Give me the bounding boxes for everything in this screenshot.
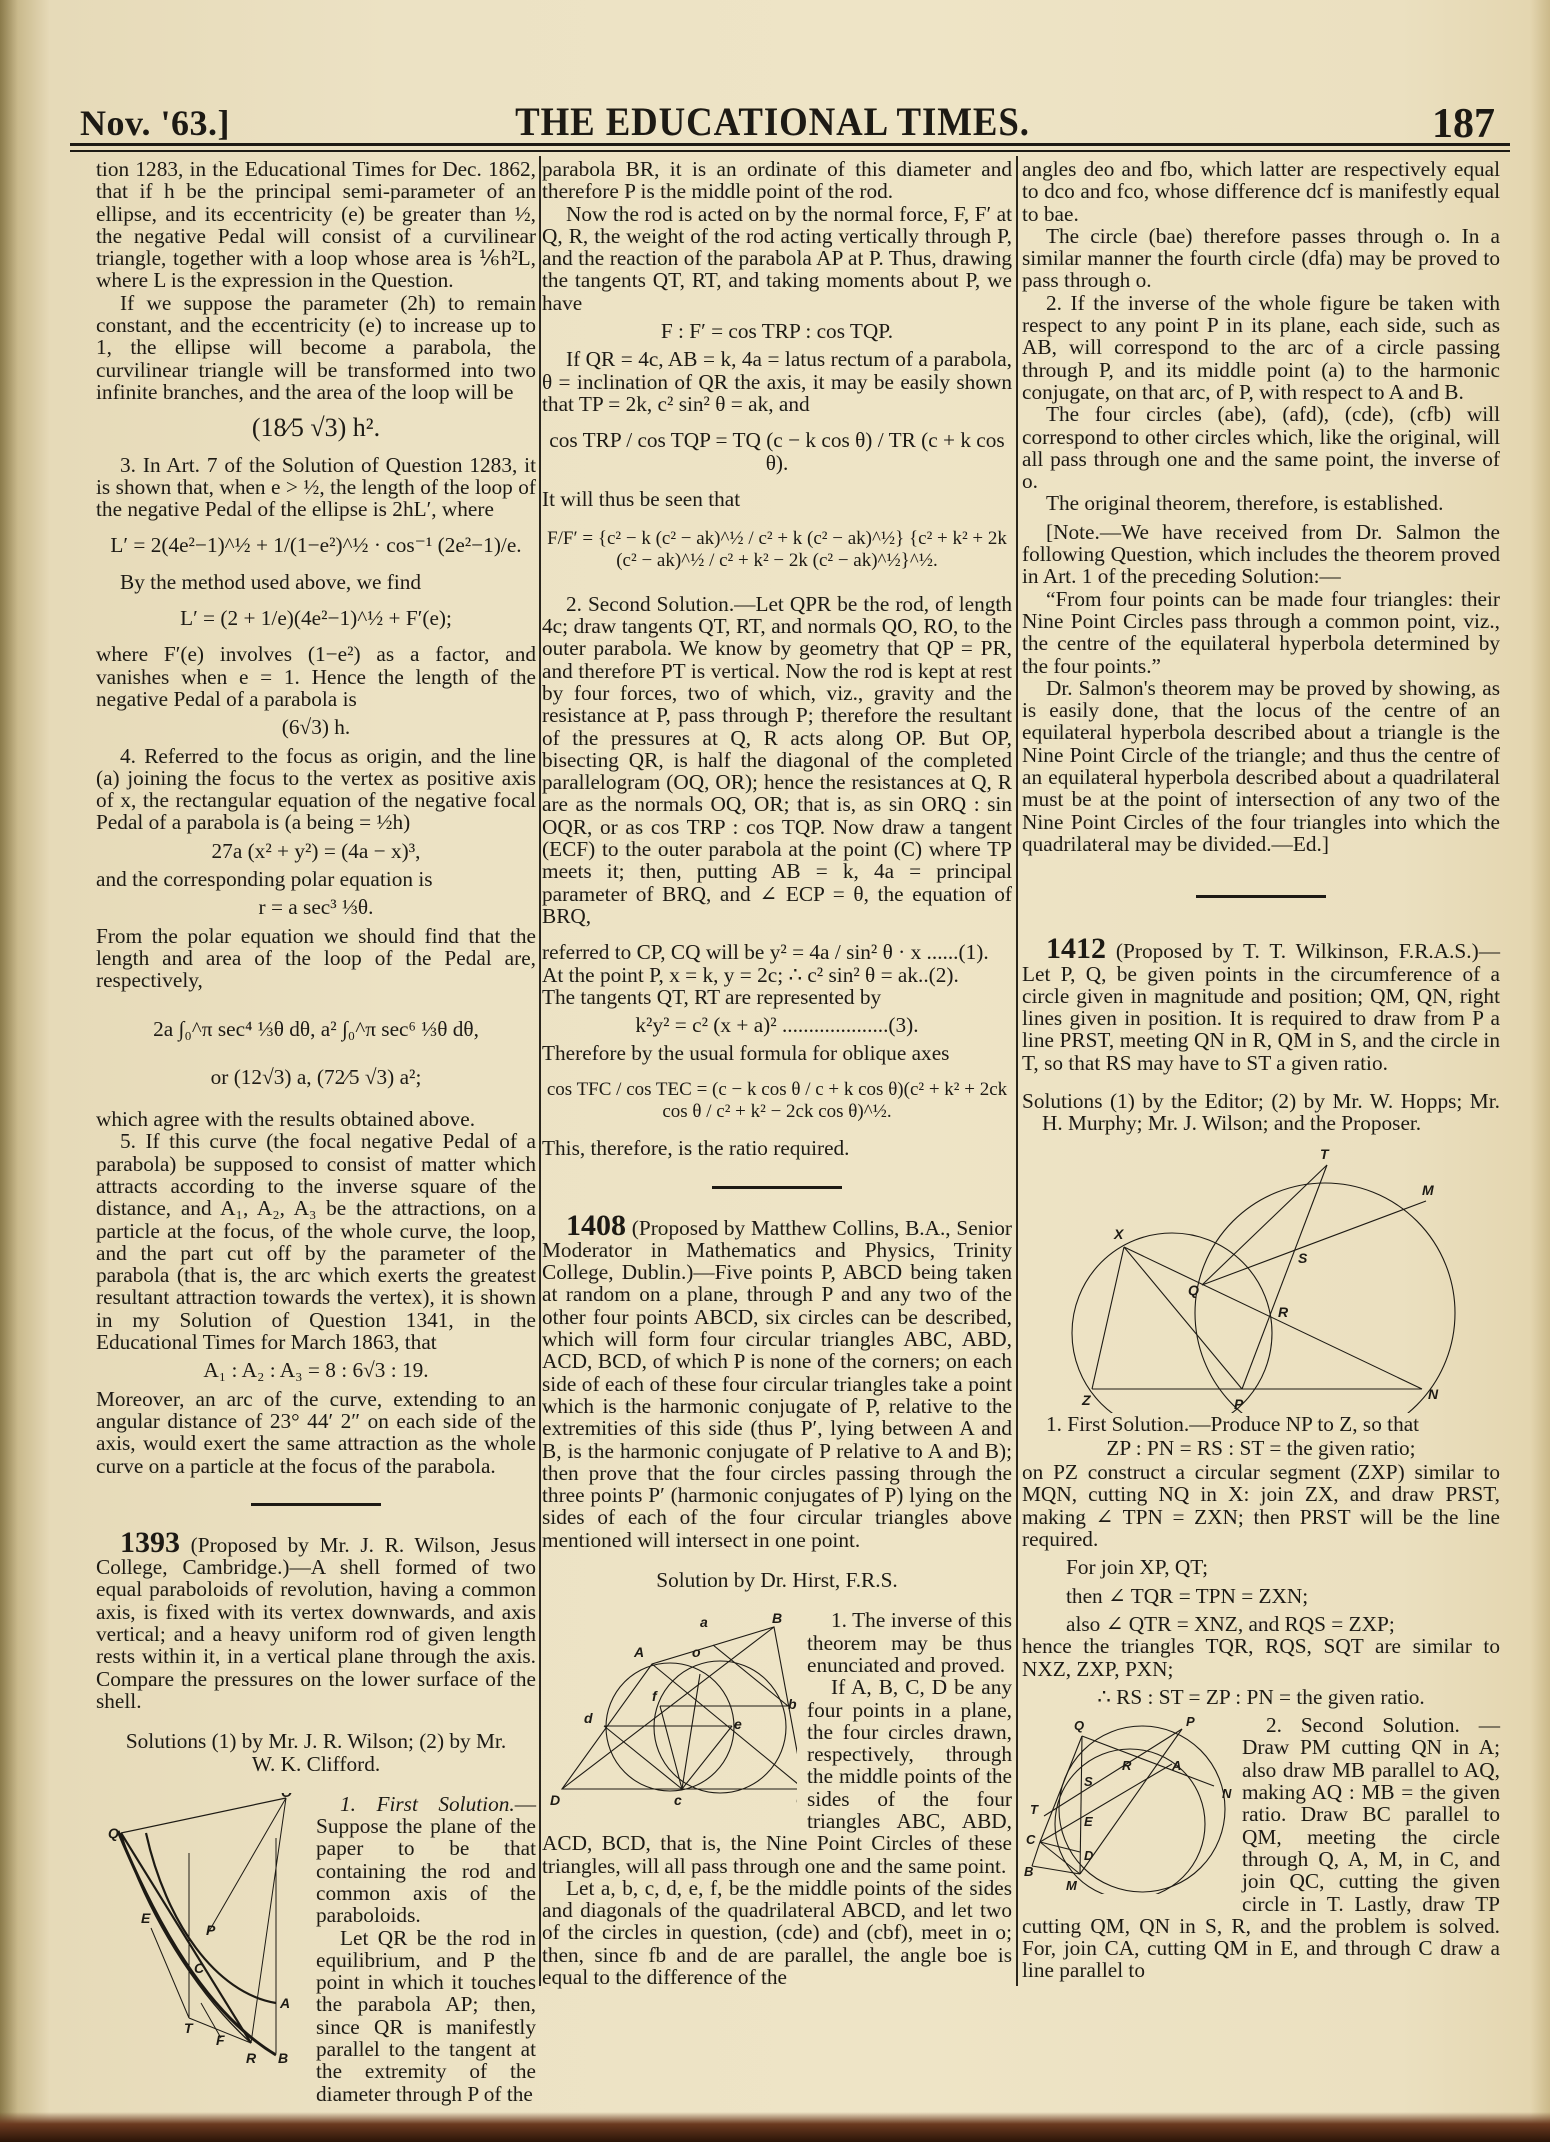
- figure-paraboloid-rod: OQE PCA TFRB: [96, 1793, 306, 2093]
- paragraph: It will thus be seen that: [542, 488, 1012, 510]
- svg-text:C: C: [194, 1960, 205, 1976]
- section-separator: [1196, 895, 1326, 898]
- question-text: (Proposed by Matthew Collins, B.A., Seni…: [542, 1216, 1012, 1552]
- svg-text:C: C: [796, 1792, 797, 1808]
- svg-text:Q: Q: [108, 1825, 119, 1841]
- paragraph: Dr. Salmon's theorem may be proved by sh…: [1022, 677, 1500, 855]
- paragraph: Moreover, an arc of the curve, extending…: [96, 1388, 536, 1477]
- svg-text:d: d: [584, 1710, 593, 1726]
- svg-text:P: P: [1234, 1396, 1244, 1412]
- equation: L′ = 2(4e²−1)^½ + 1/(1−e²)^½ · cos⁻¹ (2e…: [96, 534, 536, 556]
- column-2: parabola BR, it is an ordinate of this d…: [542, 158, 1012, 1988]
- column-3: angles deo and fbo, which latter are res…: [1022, 158, 1500, 1982]
- page-bottom-edge: [0, 2112, 1550, 2142]
- equation: F/F′ = {c² − k (c² − ak)^½ / c² + k (c² …: [542, 528, 1012, 573]
- paragraph: 1. First Solution.—Produce NP to Z, so t…: [1022, 1413, 1500, 1435]
- paragraph: By the method used above, we find: [96, 571, 536, 593]
- svg-text:C: C: [1026, 1832, 1036, 1847]
- paragraph: 3. In Art. 7 of the Solution of Question…: [96, 454, 536, 521]
- svg-text:S: S: [1084, 1774, 1093, 1789]
- svg-text:B: B: [278, 2050, 288, 2066]
- equation: then ∠ TQR = TPN = ZXN;: [1022, 1585, 1500, 1607]
- paragraph: 2. If the inverse of the whole figure be…: [1022, 292, 1500, 403]
- circle-chord-diagram-icon: QPR ASN TEC DBM: [1022, 1714, 1232, 1894]
- svg-text:R: R: [1122, 1758, 1132, 1773]
- editor-note: [Note.—We have received from Dr. Salmon …: [1022, 521, 1500, 588]
- equation: A₁ : A₂ : A₃ = 8 : 6√3 : 19.: [96, 1359, 536, 1381]
- paragraph: At the point P, x = k, y = 2c; ∴ c² sin²…: [542, 964, 1012, 986]
- svg-text:E: E: [1084, 1814, 1093, 1829]
- quadrilateral-circles-diagram-icon: aBA ofb deD cC: [542, 1609, 797, 1809]
- paragraph: tion 1283, in the Educational Times for …: [96, 158, 536, 292]
- equation: For join XP, QT;: [1022, 1556, 1500, 1578]
- header-rule-thick: [70, 143, 1510, 146]
- paragraph: From the polar equation we should find t…: [96, 925, 536, 992]
- paragraph: 2. Second Solution.—Let QPR be the rod, …: [542, 593, 1012, 927]
- question-number: 1412: [1046, 932, 1106, 965]
- masthead: Nov. '63.] THE EDUCATIONAL TIMES. 187: [40, 96, 1505, 136]
- question-1408: 1408 (Proposed by Matthew Collins, B.A.,…: [542, 1215, 1012, 1551]
- svg-text:X: X: [1113, 1226, 1125, 1242]
- equation: ∴ RS : ST = ZP : PN = the given ratio.: [1022, 1686, 1500, 1708]
- paragraph: 4. Referred to the focus as origin, and …: [96, 745, 536, 834]
- svg-text:f: f: [652, 1688, 658, 1704]
- equation: (6√3) h.: [96, 716, 536, 738]
- question-number: 1408: [566, 1209, 626, 1242]
- paragraph: This, therefore, is the ratio required.: [542, 1137, 1012, 1159]
- circle-construction-diagram-icon: TMX SQR ZPN: [1022, 1143, 1500, 1413]
- equation: k²y² = c² (x + a)² ....................(…: [542, 1014, 1012, 1036]
- svg-text:o: o: [692, 1644, 701, 1660]
- svg-text:A: A: [1171, 1758, 1181, 1773]
- equation: 27a (x² + y²) = (4a − x)³,: [96, 840, 536, 862]
- svg-text:P: P: [1186, 1714, 1195, 1729]
- svg-text:T: T: [1030, 1802, 1039, 1817]
- equation: ZP : PN = RS : ST = the given ratio;: [1022, 1437, 1500, 1459]
- column-divider-1: [539, 156, 541, 1986]
- header-rule-thin: [70, 150, 1510, 152]
- quotation: “From four points can be made four trian…: [1022, 588, 1500, 677]
- svg-text:Q: Q: [1074, 1718, 1084, 1733]
- paragraph: hence the triangles TQR, RQS, SQT are si…: [1022, 1635, 1500, 1680]
- equation: L′ = (2 + 1/e)(4e²−1)^½ + F′(e);: [96, 607, 536, 629]
- paragraph: The circle (bae) therefore passes throug…: [1022, 225, 1500, 292]
- svg-text:B: B: [1024, 1864, 1033, 1879]
- paragraph: parabola BR, it is an ordinate of this d…: [542, 158, 1012, 203]
- paragraph: The original theorem, therefore, is esta…: [1022, 492, 1500, 514]
- svg-text:F: F: [216, 2032, 225, 2048]
- paragraph: angles deo and fbo, which latter are res…: [1022, 158, 1500, 225]
- paragraph: referred to CP, CQ will be y² = 4a / sin…: [542, 941, 1012, 963]
- svg-text:R: R: [1278, 1304, 1289, 1320]
- svg-text:E: E: [141, 1910, 151, 1926]
- paragraph: on PZ construct a circular segment (ZXP)…: [1022, 1461, 1500, 1550]
- paragraph: where F′(e) involves (1−e²) as a factor,…: [96, 643, 536, 710]
- solver-credit: Solution by Dr. Hirst, F.R.S.: [542, 1569, 1012, 1591]
- svg-text:N: N: [1428, 1386, 1439, 1402]
- svg-text:a: a: [700, 1614, 708, 1630]
- svg-text:M: M: [1066, 1878, 1078, 1893]
- paragraph: Let a, b, c, d, e, f, be the middle poin…: [542, 1877, 1012, 1988]
- equation: r = a sec³ ⅓θ.: [96, 896, 536, 918]
- paragraph: 5. If this curve (the focal negative Ped…: [96, 1130, 536, 1353]
- column-1: tion 1283, in the Educational Times for …: [96, 158, 536, 2105]
- question-1393: 1393 (Proposed by Mr. J. R. Wilson, Jesu…: [96, 1532, 536, 1712]
- equation: or (12√3) a, (72⁄5 √3) a²;: [96, 1066, 536, 1088]
- svg-text:N: N: [1222, 1786, 1232, 1801]
- question-text: (Proposed by Mr. J. R. Wilson, Jesus Col…: [96, 1533, 536, 1713]
- svg-text:e: e: [734, 1716, 742, 1732]
- question-1412: 1412 (Proposed by T. T. Wilkinson, F.R.A…: [1022, 938, 1500, 1074]
- svg-text:T: T: [1320, 1146, 1330, 1162]
- equation: (18⁄5 √3) h².: [96, 417, 536, 439]
- svg-text:D: D: [1084, 1848, 1094, 1863]
- figure-second-solution: QPR ASN TEC DBM: [1022, 1714, 1232, 1894]
- svg-text:Z: Z: [1081, 1392, 1091, 1408]
- paragraph: If QR = 4c, AB = k, 4a = latus rectum of…: [542, 348, 1012, 415]
- question-number: 1393: [120, 1526, 180, 1559]
- svg-text:A: A: [279, 1995, 290, 2011]
- figure-nine-point-circles: aBA ofb deD cC: [542, 1609, 797, 1809]
- paragraph: If we suppose the parameter (2h) to rema…: [96, 292, 536, 403]
- svg-text:T: T: [184, 2020, 194, 2036]
- section-separator: [251, 1503, 381, 1506]
- solvers-credit: Solutions (1) by Mr. J. R. Wilson; (2) b…: [116, 1730, 516, 1775]
- subsection-heading: 1. First Solution.: [340, 1792, 515, 1816]
- paragraph: Therefore by the usual formula for obliq…: [542, 1042, 1012, 1064]
- svg-text:b: b: [788, 1696, 797, 1712]
- svg-text:c: c: [674, 1792, 682, 1808]
- svg-text:D: D: [550, 1792, 560, 1808]
- svg-text:R: R: [246, 2050, 257, 2066]
- svg-text:S: S: [1298, 1250, 1308, 1266]
- svg-text:M: M: [1422, 1182, 1434, 1198]
- section-separator: [712, 1186, 842, 1189]
- equation: cos TFC / cos TEC = (c − k cos θ / c + k…: [542, 1079, 1012, 1124]
- paragraph: which agree with the results obtained ab…: [96, 1108, 536, 1130]
- column-divider-2: [1016, 156, 1018, 1986]
- publication-title: THE EDUCATIONAL TIMES.: [99, 98, 1447, 145]
- page-number: 187: [1432, 100, 1495, 148]
- paragraph: The tangents QT, RT are represented by: [542, 986, 1012, 1008]
- equation: also ∠ QTR = XNZ, and RQS = ZXP;: [1022, 1613, 1500, 1635]
- svg-text:O: O: [281, 1793, 292, 1800]
- paragraph: The four circles (abe), (afd), (cde), (c…: [1022, 403, 1500, 492]
- figure-circle-ratio: TMX SQR ZPN: [1022, 1143, 1500, 1413]
- svg-text:Q: Q: [1188, 1282, 1199, 1298]
- paragraph: and the corresponding polar equation is: [96, 868, 536, 890]
- svg-text:B: B: [772, 1610, 782, 1626]
- svg-text:A: A: [633, 1644, 644, 1660]
- paragraph: Now the rod is acted on by the normal fo…: [542, 203, 1012, 314]
- solvers-credit: Solutions (1) by the Editor; (2) by Mr. …: [1022, 1090, 1500, 1135]
- equation: F : F′ = cos TRP : cos TQP.: [542, 320, 1012, 342]
- parabola-diagram-icon: OQE PCA TFRB: [96, 1793, 306, 2093]
- equation: 2a ∫₀^π sec⁴ ⅓θ dθ, a² ∫₀^π sec⁶ ⅓θ dθ,: [96, 1018, 536, 1040]
- equation: cos TRP / cos TQP = TQ (c − k cos θ) / T…: [542, 429, 1012, 474]
- svg-text:P: P: [206, 1922, 216, 1938]
